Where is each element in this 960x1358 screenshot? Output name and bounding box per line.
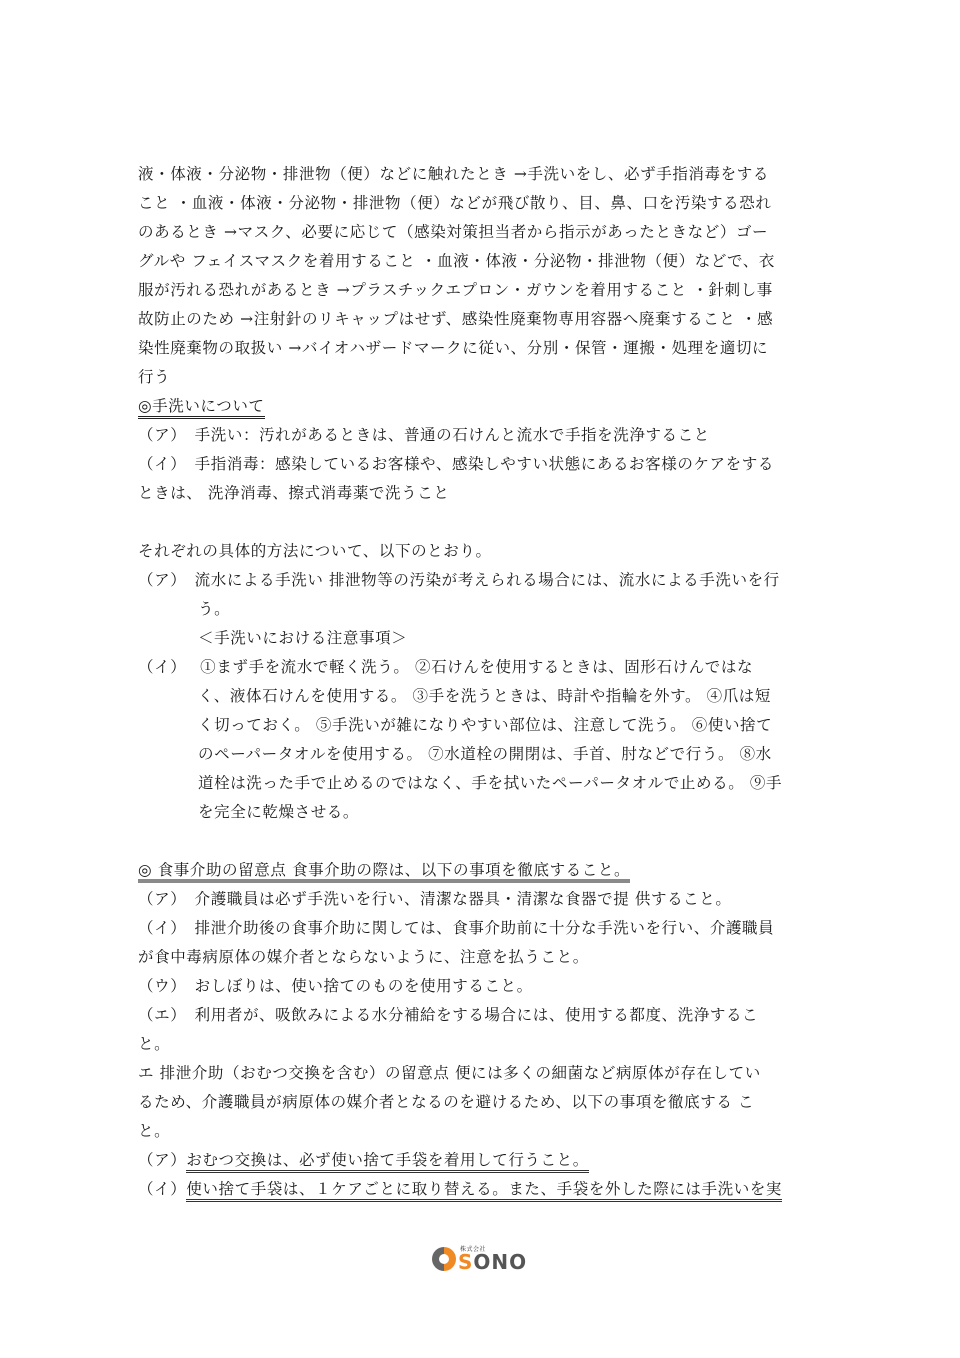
method-line: のペーパータオルを使用する。 ⑦水道栓の開閉は、手首、肘などで行う。 ⑧水 [198,740,772,769]
meal-item: と。 [138,1030,170,1059]
company-logo: 株式会社 SONO [432,1244,532,1274]
method-line: （ア） 流水による手洗い 排泄物等の汚染が考えられる場合には、流水による手洗いを… [138,566,780,595]
meal-item: （イ） 排泄介助後の食事介助に関しては、食事介助前に十分な手洗いを行い、介護職員 [138,914,774,943]
handwash-heading: ◎手洗いについて [138,392,265,421]
excretion-item: （イ）使い捨て手袋は、１ケアごとに取り替える。また、手袋を外した際には手洗いを実 [138,1175,782,1204]
logo-wordmark: SONO [458,1250,527,1274]
excretion-line: るため、介護職員が病原体の媒介者となるのを避けるため、以下の事項を徹底する こ [138,1088,754,1117]
item-text: 使い捨て手袋は、１ケアごとに取り替える。また、手袋を外した際には手洗いを実 [186,1180,782,1202]
excretion-line: エ 排泄介助（おむつ交換を含む）の留意点 便には多くの細菌など病原体が存在してい [138,1059,761,1088]
logo-mark-icon [432,1247,456,1271]
method-subheading: ＜手洗いにおける注意事項＞ [198,624,407,653]
item-label: （イ） [138,1180,186,1198]
meal-heading: ◎ 食事介助の留意点 食事介助の際は、以下の事項を徹底すること。 [138,856,630,885]
logo-letter-s: S [458,1250,473,1274]
text-line: 液・体液・分泌物・排泄物（便）などに触れたとき →手洗いをし、必ず手指消毒をする [138,160,769,189]
meal-item: （ウ） おしぼりは、使い捨てのものを使用すること。 [138,972,533,1001]
excretion-line: と。 [138,1117,170,1146]
method-line: を完全に乾燥させる。 [198,798,359,827]
methods-intro: それぞれの具体的方法について、以下のとおり。 [138,537,492,566]
meal-heading-text: ◎ 食事介助の留意点 食事介助の際は、以下の事項を徹底すること。 [138,861,630,883]
meal-item: が食中毒病原体の媒介者とならないように、注意を払うこと。 [138,943,589,972]
item-text: おむつ交換は、必ず使い捨て手袋を着用して行うこと。 [186,1151,589,1173]
text-line: グルや フェイスマスクを着用すること ・血液・体液・分泌物・排泄物（便）などで、… [138,247,775,276]
handwash-item: （イ） 手指消毒：感染しているお客様や、感染しやすい状態にあるお客様のケアをする [138,450,774,479]
meal-item: （エ） 利用者が、吸飲みによる水分補給をする場合には、使用する都度、洗浄するこ [138,1001,758,1030]
handwash-heading-text: ◎手洗いについて [138,397,265,419]
excretion-item: （ア）おむつ交換は、必ず使い捨て手袋を着用して行うこと。 [138,1146,589,1175]
text-line: 故防止のため →注射針のリキャップはせず、感染性廃棄物専用容器へ廃棄すること ・… [138,305,773,334]
handwash-item: （ア） 手洗い：汚れがあるときは、普通の石けんと流水で手指を洗浄すること [138,421,710,450]
method-line: く、液体石けんを使用する。 ③手を洗うときは、時計や指輪を外す。 ④爪は短 [198,682,771,711]
handwash-item: ときは、 洗浄消毒、擦式消毒薬で洗うこと [138,479,449,508]
logo-letters: ONO [473,1250,527,1274]
text-line: 染性廃棄物の取扱い →バイオハザードマークに従い、分別・保管・運搬・処理を適切に [138,334,768,363]
text-line: こと ・血液・体液・分泌物・排泄物（便）などが飛び散り、目、鼻、口を汚染する恐れ [138,189,771,218]
item-label: （ア） [138,1151,186,1169]
method-line: く切っておく。 ⑤手洗いが雑になりやすい部位は、注意して洗う。 ⑥使い捨て [198,711,772,740]
meal-item: （ア） 介護職員は必ず手洗いを行い、清潔な器具・清潔な食器で提 供すること。 [138,885,731,914]
method-line: （イ） ①まず手を流水で軽く洗う。 ②石けんを使用するときは、固形石けんではな [138,653,753,682]
text-line: 服が汚れる恐れがあるとき →プラスチックエプロン・ガウンを着用すること ・針刺し… [138,276,773,305]
method-line: う。 [198,595,230,624]
text-line: のあるとき →マスク、必要に応じて（感染対策担当者から指示があったときなど）ゴー [138,218,768,247]
text-line: 行う [138,363,170,392]
method-line: 道栓は洗った手で止めるのではなく、手を拭いたペーパータオルで止める。 ⑨手 [198,769,782,798]
